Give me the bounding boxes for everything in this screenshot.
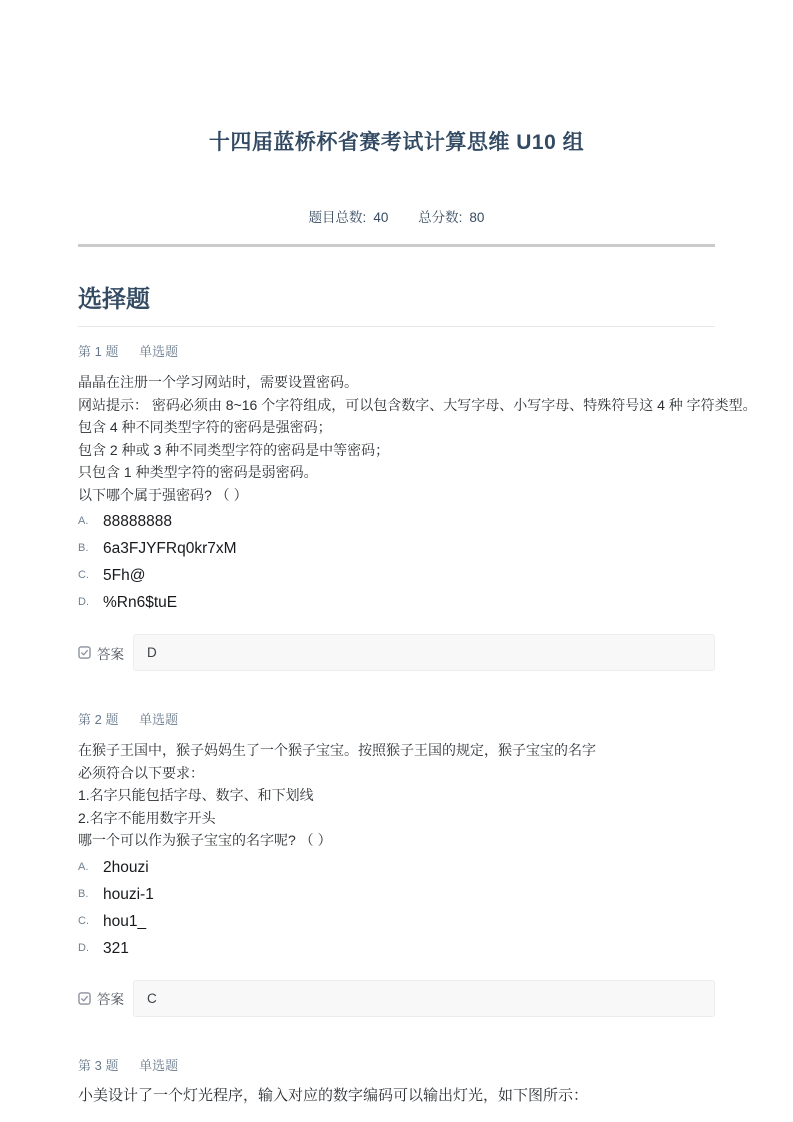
option-letter: C.: [78, 567, 103, 581]
question-body: 晶晶在注册一个学习网站时，需要设置密码。 网站提示： 密码必须由 8~16 个字…: [78, 371, 715, 506]
option-letter: A.: [78, 513, 103, 527]
answer-label: 答案: [78, 988, 133, 1008]
option-text: 321: [103, 940, 129, 958]
option-a: A. 88888888: [78, 513, 715, 540]
answer-value-box: D: [133, 634, 715, 671]
question-line: 哪一个可以作为猴子宝宝的名字呢? （ ）: [78, 829, 715, 852]
question-line: 包含 4 种不同类型字符的密码是强密码；: [78, 416, 715, 439]
question-line: 2.名字不能用数字开头: [78, 807, 715, 830]
question-number: 第 3 题: [78, 1058, 118, 1073]
option-text: 2houzi: [103, 859, 149, 877]
stat-value: 80: [469, 210, 484, 225]
option-letter: D.: [78, 594, 103, 608]
question-2: 第 2 题 单选题 在猴子王国中，猴子妈妈生了一个猴子宝宝。按照猴子王国的规定，…: [78, 709, 715, 1017]
exam-stats: 题目总数:40 总分数:80: [78, 206, 715, 226]
question-meta: 第 3 题 单选题: [78, 1055, 715, 1074]
answer-value: C: [147, 991, 157, 1006]
stat-value: 40: [373, 210, 388, 225]
option-d: D. %Rn6$tuE: [78, 594, 715, 621]
page-title: 十四届蓝桥杯省赛考试计算思维 U10 组: [78, 0, 715, 156]
question-3: 第 3 题 单选题 小美设计了一个灯光程序，输入对应的数字编码可以输出灯光，如下…: [78, 1055, 715, 1108]
option-letter: A.: [78, 859, 103, 873]
question-number: 第 2 题: [78, 712, 118, 727]
question-line: 必须符合以下要求：: [78, 762, 715, 785]
option-text: 88888888: [103, 513, 172, 531]
option-text: 6a3FJYFRq0kr7xM: [103, 540, 237, 558]
question-meta: 第 1 题 单选题: [78, 341, 715, 360]
section-divider: [78, 326, 715, 327]
answer-label-text: 答案: [97, 988, 124, 1008]
option-b: B. houzi-1: [78, 886, 715, 913]
answer-row: 答案 D: [78, 634, 715, 671]
question-meta: 第 2 题 单选题: [78, 709, 715, 728]
answer-value: D: [147, 645, 157, 660]
question-type: 单选题: [139, 712, 178, 727]
header-divider: [78, 244, 715, 247]
stat-total-questions: 题目总数:40: [309, 206, 389, 226]
question-line: 1.名字只能包括字母、数字、和下划线: [78, 784, 715, 807]
answer-icon: [78, 646, 91, 659]
answer-row: 答案 C: [78, 980, 715, 1017]
option-d: D. 321: [78, 940, 715, 967]
option-c: C. 5Fh@: [78, 567, 715, 594]
exam-document-page: 十四届蓝桥杯省赛考试计算思维 U10 组 题目总数:40 总分数:80 选择题 …: [0, 0, 793, 1122]
option-a: A. 2houzi: [78, 859, 715, 886]
answer-icon: [78, 992, 91, 1005]
option-letter: C.: [78, 913, 103, 927]
question-line: 晶晶在注册一个学习网站时，需要设置密码。: [78, 371, 715, 394]
section-title: 选择题: [78, 279, 715, 314]
option-text: hou1_: [103, 913, 146, 931]
option-text: %Rn6$tuE: [103, 594, 177, 612]
options-list: A. 2houzi B. houzi-1 C. hou1_ D. 321: [78, 859, 715, 967]
answer-label-text: 答案: [97, 643, 124, 663]
question-line: 小美设计了一个灯光程序，输入对应的数字编码可以输出灯光，如下图所示：: [78, 1085, 715, 1108]
question-body: 在猴子王国中，猴子妈妈生了一个猴子宝宝。按照猴子王国的规定，猴子宝宝的名字 必须…: [78, 739, 715, 852]
options-list: A. 88888888 B. 6a3FJYFRq0kr7xM C. 5Fh@ D…: [78, 513, 715, 621]
question-number: 第 1 题: [78, 344, 118, 359]
option-letter: D.: [78, 940, 103, 954]
question-body: 小美设计了一个灯光程序，输入对应的数字编码可以输出灯光，如下图所示：: [78, 1085, 715, 1108]
option-b: B. 6a3FJYFRq0kr7xM: [78, 540, 715, 567]
question-line: 以下哪个属于强密码? （ ）: [78, 484, 715, 507]
question-line: 只包含 1 种类型字符的密码是弱密码。: [78, 461, 715, 484]
stat-label: 题目总数:: [309, 210, 367, 225]
page-content: 十四届蓝桥杯省赛考试计算思维 U10 组 题目总数:40 总分数:80 选择题 …: [0, 0, 793, 1107]
question-1: 第 1 题 单选题 晶晶在注册一个学习网站时，需要设置密码。 网站提示： 密码必…: [78, 341, 715, 671]
option-c: C. hou1_: [78, 913, 715, 940]
question-line: 包含 2 种或 3 种不同类型字符的密码是中等密码；: [78, 439, 715, 462]
question-line: 网站提示： 密码必须由 8~16 个字符组成，可以包含数字、大写字母、小写字母、…: [78, 394, 715, 417]
question-line: 在猴子王国中，猴子妈妈生了一个猴子宝宝。按照猴子王国的规定，猴子宝宝的名字: [78, 739, 715, 762]
option-text: 5Fh@: [103, 567, 145, 585]
question-type: 单选题: [139, 344, 178, 359]
stat-total-score: 总分数:80: [418, 206, 484, 226]
answer-value-box: C: [133, 980, 715, 1017]
question-type: 单选题: [139, 1058, 178, 1073]
option-text: houzi-1: [103, 886, 154, 904]
option-letter: B.: [78, 886, 103, 900]
stat-label: 总分数:: [418, 210, 462, 225]
option-letter: B.: [78, 540, 103, 554]
answer-label: 答案: [78, 643, 133, 663]
